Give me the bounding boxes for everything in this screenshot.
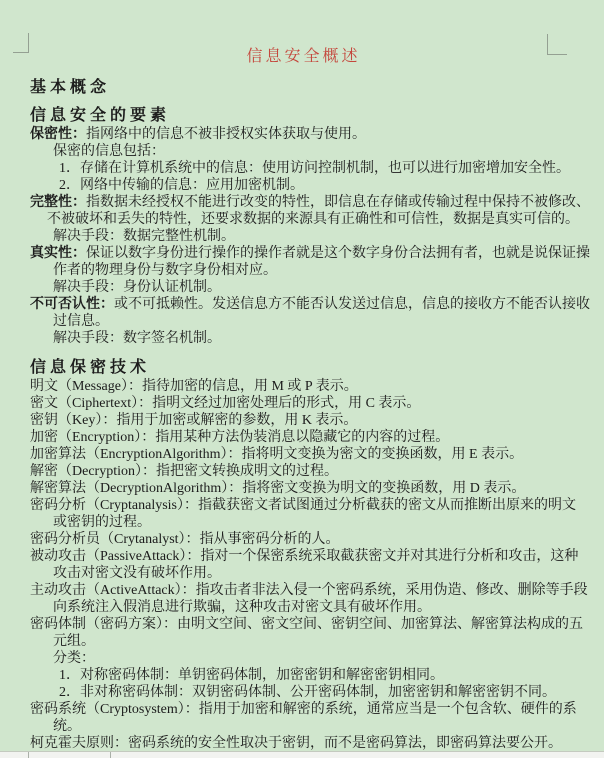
line-text: 解决手段：数字签名机制。 — [53, 331, 221, 346]
text-line: 过信息。 — [30, 313, 577, 330]
line-text: 保证以数字身份进行操作的操作者就是这个数字身份合法拥有者，也就是说保证操 — [86, 246, 590, 261]
line-text: 指数据未经授权不能进行改变的特性，即信息在存储或传输过程中保持不被修改、 — [86, 195, 590, 210]
line-text: 或不可抵赖性。发送信息方不能否认发送过信息，信息的接收方不能否认接收 — [114, 297, 590, 312]
line-text: 元组。 — [53, 634, 95, 649]
bold-term: 不可否认性： — [30, 297, 114, 312]
text-line: 加密算法（EncryptionAlgorithm）：指将明文变换为密文的变换函数… — [30, 446, 577, 463]
text-line: 解密（Decryption）：指把密文转换成明文的过程。 — [30, 463, 577, 480]
line-text: 解决手段：身份认证机制。 — [53, 280, 221, 295]
line-text: 解密（Decryption）：指把密文转换成明文的过程。 — [30, 464, 338, 479]
text-line: 加密（Encryption）：指用某种方法伪装消息以隐藏它的内容的过程。 — [30, 429, 577, 446]
text-line: 不被破坏和丢失的特性，还要求数据的来源具有正确性和可信性，数据是真实可信的。 — [30, 211, 577, 228]
text-line: 密码体制（密码方案）：由明文空间、密文空间、密钥空间、加密算法、解密算法构成的五 — [30, 616, 577, 633]
line-text: 指网络中的信息不被非授权实体获取与使用。 — [86, 127, 366, 142]
text-line: 解密算法（DecryptionAlgorithm）：指将密文变换为明文的变换函数… — [30, 480, 577, 497]
line-text: 2．网络中传输的信息：应用加密机制。 — [59, 178, 304, 193]
document-title: 信息安全概述 — [30, 46, 577, 68]
text-line: 作者的物理身份与数字身份相对应。 — [30, 262, 577, 279]
text-line: 密码系统（Cryptosystem）：指用于加密和解密的系统，通常应当是一个包含… — [30, 701, 577, 718]
line-text: 密码体制（密码方案）：由明文空间、密文空间、密钥空间、加密算法、解密算法构成的五 — [30, 617, 583, 632]
text-line: 被动攻击（PassiveAttack）：指对一个保密系统采取截获密文并对其进行分… — [30, 548, 577, 565]
partial-table-top-edge — [0, 751, 604, 758]
text-line: 保密的信息包括： — [30, 143, 577, 160]
text-line: 密码分析（Cryptanalysis）：指截获密文者试图通过分析截获的密文从而推… — [30, 497, 577, 514]
line-text: 明文（Message）：指待加密的信息，用 M 或 P 表示。 — [30, 379, 358, 394]
table-vertical-line-2 — [110, 752, 111, 758]
text-line: 明文（Message）：指待加密的信息，用 M 或 P 表示。 — [30, 378, 577, 395]
text-line: 柯克霍夫原则：密码系统的安全性取决于密钥，而不是密码算法，即密码算法要公开。 — [30, 735, 577, 752]
line-text: 不被破坏和丢失的特性，还要求数据的来源具有正确性和可信性，数据是真实可信的。 — [47, 212, 579, 227]
text-line: 分类： — [30, 650, 577, 667]
line-text: 分类： — [53, 651, 95, 666]
text-line: 统。 — [30, 718, 577, 735]
text-line: 攻击对密文没有破坏作用。 — [30, 565, 577, 582]
text-line: 向系统注入假消息进行欺骗，这种攻击对密文具有破坏作用。 — [30, 599, 577, 616]
line-text: 信息安全概述 — [246, 48, 360, 65]
text-line: 元组。 — [30, 633, 577, 650]
section-heading: 信息保密技术 — [30, 358, 577, 378]
line-text: 1．存储在计算机系统中的信息：使用访问控制机制，也可以进行加密增加安全性。 — [59, 161, 570, 176]
text-line: 解决手段：数据完整性机制。 — [30, 228, 577, 245]
text-line: 主动攻击（ActiveAttack）：指攻击者非法入侵一个密码系统，采用伪造、修… — [30, 582, 577, 599]
text-line: 真实性：保证以数字身份进行操作的操作者就是这个数字身份合法拥有者，也就是说保证操 — [30, 245, 577, 262]
line-text: 加密算法（EncryptionAlgorithm）：指将明文变换为密文的变换函数… — [30, 447, 523, 462]
line-text: 主动攻击（ActiveAttack）：指攻击者非法入侵一个密码系统，采用伪造、修… — [30, 583, 588, 598]
text-boundary-corner-left-icon — [13, 33, 29, 53]
section-heading: 信息安全的要素 — [30, 106, 577, 126]
document-content: 信息安全概述基本概念信息安全的要素保密性：指网络中的信息不被非授权实体获取与使用… — [30, 46, 577, 752]
table-vertical-line-1 — [28, 752, 29, 758]
line-text: 过信息。 — [53, 314, 109, 329]
text-line: 解决手段：数字签名机制。 — [30, 330, 577, 347]
text-line: 不可否认性：或不可抵赖性。发送信息方不能否认发送过信息，信息的接收方不能否认接收 — [30, 296, 577, 313]
line-text: 或密钥的过程。 — [53, 515, 151, 530]
text-line: 密钥（Key）：指用于加密或解密的参数，用 K 表示。 — [30, 412, 577, 429]
line-text: 信息保密技术 — [30, 359, 150, 376]
bold-term: 完整性： — [30, 195, 86, 210]
text-line: 完整性：指数据未经授权不能进行改变的特性，即信息在存储或传输过程中保持不被修改、 — [30, 194, 577, 211]
line-text: 基本概念 — [30, 79, 110, 96]
line-text: 解密算法（DecryptionAlgorithm）：指将密文变换为明文的变换函数… — [30, 481, 525, 496]
line-text: 密码系统（Cryptosystem）：指用于加密和解密的系统，通常应当是一个包含… — [30, 702, 577, 717]
text-line: 密文（Ciphertext）：指明文经过加密处理后的形式，用 C 表示。 — [30, 395, 577, 412]
text-line: 解决手段：身份认证机制。 — [30, 279, 577, 296]
line-text: 柯克霍夫原则：密码系统的安全性取决于密钥，而不是密码算法，即密码算法要公开。 — [30, 736, 562, 751]
bold-term: 真实性： — [30, 246, 86, 261]
line-text: 向系统注入假消息进行欺骗，这种攻击对密文具有破坏作用。 — [53, 600, 431, 615]
bold-term: 保密性： — [30, 127, 86, 142]
line-text: 信息安全的要素 — [30, 107, 170, 124]
text-line: 保密性：指网络中的信息不被非授权实体获取与使用。 — [30, 126, 577, 143]
line-text: 攻击对密文没有破坏作用。 — [53, 566, 221, 581]
text-line: 2．网络中传输的信息：应用加密机制。 — [30, 177, 577, 194]
line-text: 密文（Ciphertext）：指明文经过加密处理后的形式，用 C 表示。 — [30, 396, 420, 411]
section-heading: 基本概念 — [30, 78, 577, 98]
line-text: 密码分析（Cryptanalysis）：指截获密文者试图通过分析截获的密文从而推… — [30, 498, 576, 513]
line-text: 1．对称密码体制：单钥密码体制，加密密钥和解密密钥相同。 — [59, 668, 444, 683]
text-line: 1．存储在计算机系统中的信息：使用访问控制机制，也可以进行加密增加安全性。 — [30, 160, 577, 177]
line-text: 加密（Encryption）：指用某种方法伪装消息以隐藏它的内容的过程。 — [30, 430, 449, 445]
text-line: 或密钥的过程。 — [30, 514, 577, 531]
line-text: 被动攻击（PassiveAttack）：指对一个保密系统采取截获密文并对其进行分… — [30, 549, 578, 564]
line-text: 2．非对称密码体制：双钥密码体制、公开密码体制，加密密钥和解密密钥不同。 — [59, 685, 556, 700]
text-line: 密码分析员（Crytanalyst）：指从事密码分析的人。 — [30, 531, 577, 548]
text-line: 2．非对称密码体制：双钥密码体制、公开密码体制，加密密钥和解密密钥不同。 — [30, 684, 577, 701]
line-text: 密钥（Key）：指用于加密或解密的参数，用 K 表示。 — [30, 413, 357, 428]
line-text: 密码分析员（Crytanalyst）：指从事密码分析的人。 — [30, 532, 340, 547]
line-text: 作者的物理身份与数字身份相对应。 — [53, 263, 277, 278]
line-text: 统。 — [53, 719, 81, 734]
line-text: 保密的信息包括： — [53, 144, 165, 159]
line-text: 解决手段：数据完整性机制。 — [53, 229, 235, 244]
text-line: 1．对称密码体制：单钥密码体制，加密密钥和解密密钥相同。 — [30, 667, 577, 684]
